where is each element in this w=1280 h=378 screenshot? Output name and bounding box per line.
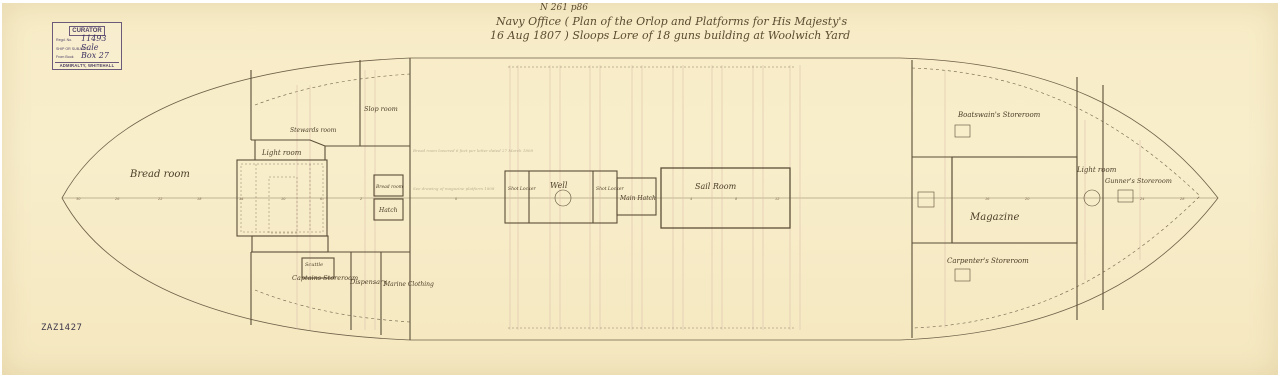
svg-text:4: 4	[690, 197, 692, 201]
svg-text:8: 8	[735, 197, 738, 201]
svg-text:26: 26	[115, 197, 120, 201]
pencil-note-2: See drawing of magazine platform 1808	[413, 186, 495, 191]
svg-text:0: 0	[455, 197, 458, 201]
svg-text:16: 16	[985, 197, 990, 201]
svg-text:24: 24	[1140, 197, 1144, 201]
svg-text:22: 22	[158, 197, 163, 201]
label-carpenters-storeroom: Carpenter's Storeroom	[947, 257, 1029, 265]
label-light-room-fore: Light room	[261, 149, 302, 157]
label-hatch-fore: Hatch	[378, 207, 398, 214]
label-marine-clothing: Marine Clothing	[383, 281, 434, 288]
svg-text:14: 14	[239, 197, 243, 201]
label-magazine: Magazine	[969, 212, 1019, 223]
svg-text:12: 12	[775, 197, 780, 201]
label-scuttle: Scuttle	[305, 262, 323, 268]
label-steward-room: Stewards room	[290, 127, 337, 134]
label-gunners-storeroom: Gunner's Storeroom	[1105, 177, 1172, 185]
label-shot-locker-aft: Shot Locker	[596, 186, 625, 192]
label-sail-room: Sail Room	[695, 182, 737, 191]
ship-plan: 302622 181410 620 4812 16202428 Bread ro…	[0, 0, 1280, 378]
svg-text:6: 6	[320, 197, 323, 201]
label-well: Well	[550, 181, 568, 190]
pencil-note-1: Bread room lowered 6 feet per letter dat…	[412, 148, 533, 153]
svg-text:20: 20	[1025, 197, 1030, 201]
label-bread-room-small: Bread room	[375, 184, 403, 190]
svg-text:18: 18	[197, 197, 202, 201]
svg-text:2: 2	[360, 197, 363, 201]
svg-text:10: 10	[281, 197, 286, 201]
label-boatswains-storeroom: Boatswain's Storeroom	[957, 111, 1041, 119]
label-captains-storeroom: Captains Storeroom	[292, 274, 358, 282]
svg-text:30: 30	[76, 197, 81, 201]
label-shot-locker-fore: Shot Locker	[508, 186, 537, 192]
label-main-hatch: Main Hatch	[619, 195, 656, 202]
svg-text:28: 28	[1180, 197, 1185, 201]
label-slop-room: Slop room	[364, 105, 398, 113]
label-bread-room: Bread room	[129, 169, 190, 180]
label-dispensary: Dispensary	[349, 278, 387, 286]
label-light-room-aft: Light room	[1076, 166, 1117, 174]
